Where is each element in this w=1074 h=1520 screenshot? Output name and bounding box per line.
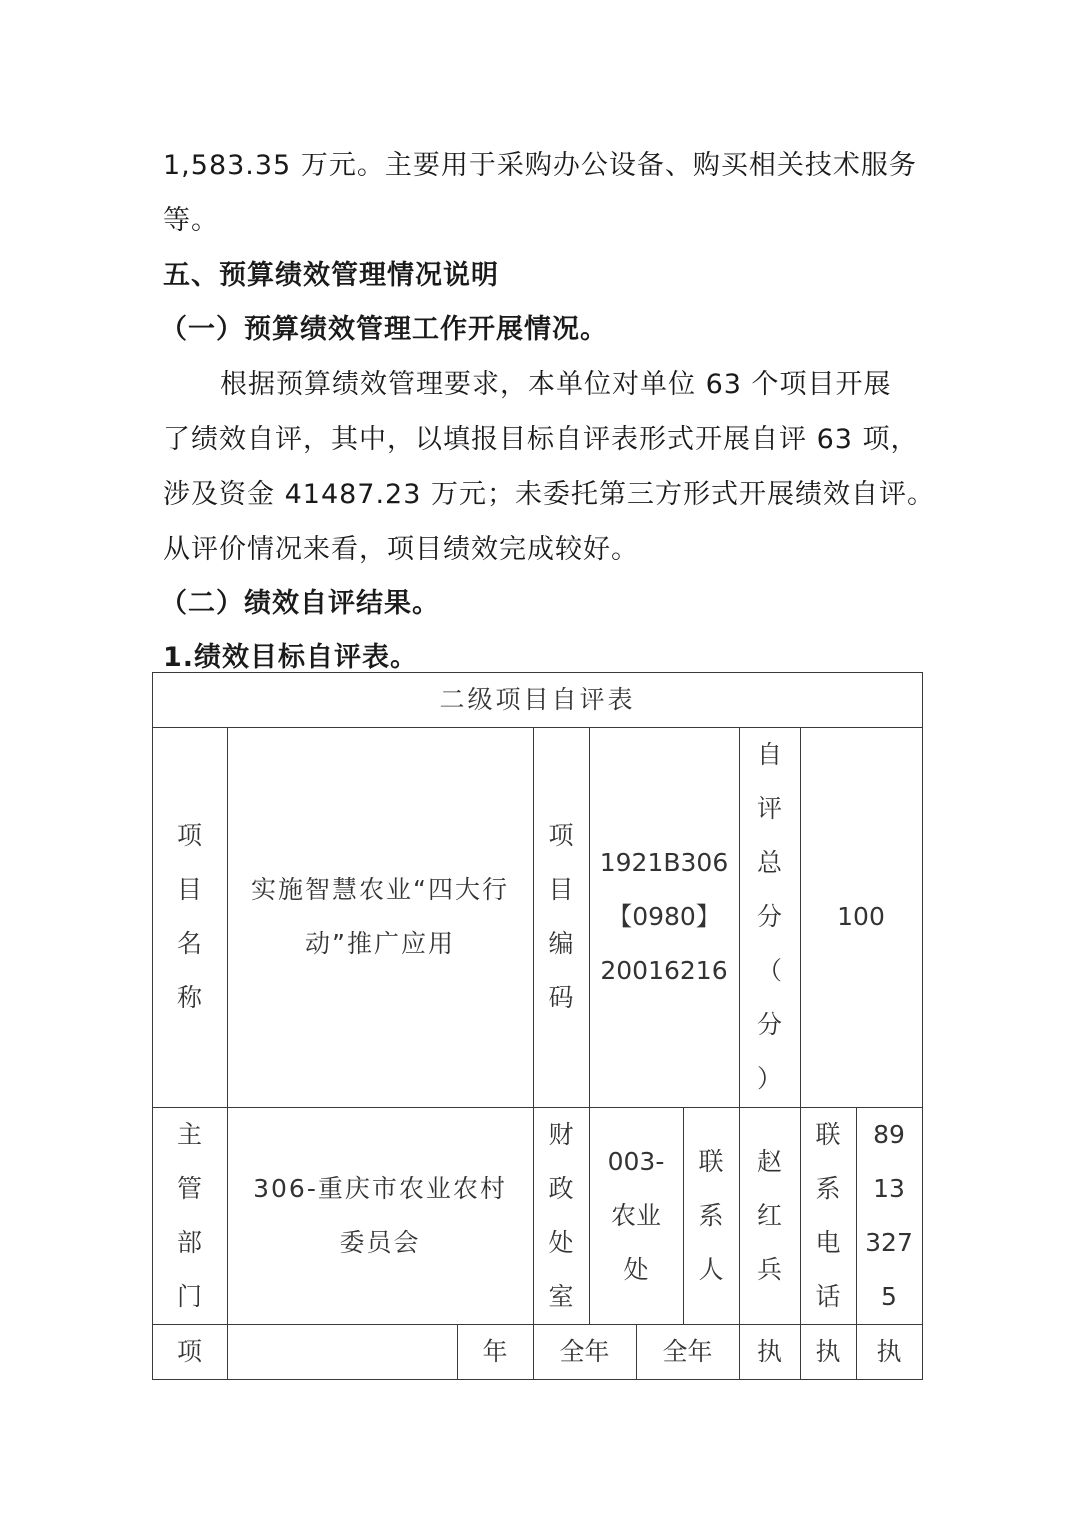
label-char: 门 <box>177 1270 202 1324</box>
contact-person-value: 赵 红 兵 <box>739 1107 800 1324</box>
label-char: 电 <box>815 1216 840 1270</box>
label-char: 联 <box>815 1108 840 1162</box>
project-name-line: 实施智慧农业“四大行 <box>251 863 509 917</box>
label-char: 名 <box>177 917 202 971</box>
label-contact-phone: 联 系 电 话 <box>800 1107 856 1324</box>
label-char: 处 <box>548 1216 573 1270</box>
label-char: 目 <box>177 863 202 917</box>
label-char: 话 <box>815 1270 840 1324</box>
table-title: 二级项目自评表 <box>152 672 923 727</box>
department-line: 委员会 <box>253 1216 507 1270</box>
label-department: 主 管 部 门 <box>152 1107 227 1324</box>
phone-chunk: 327 <box>865 1216 913 1270</box>
label-finance-office: 财 政 处 室 <box>533 1107 589 1324</box>
project-code-line: 【0980】 <box>600 890 729 944</box>
project-code-value: 1921B306 【0980】 20016216 <box>589 727 739 1107</box>
department-line: 306-重庆市农业农村 <box>253 1162 507 1216</box>
label-project-name: 项 目 名 称 <box>152 727 227 1107</box>
label-char: （ <box>757 944 782 998</box>
label-total-score: 自 评 总 分 （ 分 ） <box>739 727 800 1107</box>
paragraph-line: 等。 <box>163 198 219 237</box>
office-line: 农业 <box>608 1189 665 1243</box>
contact-char: 赵 <box>757 1135 782 1189</box>
project-code-line: 20016216 <box>600 944 729 998</box>
paragraph-line: 了绩效自评，其中，以填报目标自评表形式开展自评 63 项， <box>163 417 919 456</box>
project-code-line: 1921B306 <box>600 836 729 890</box>
phone-chunk: 13 <box>873 1162 905 1216</box>
office-line: 处 <box>608 1243 665 1297</box>
subsection-heading: （二）绩效自评结果。 <box>160 581 440 620</box>
label-char: 部 <box>177 1216 202 1270</box>
row3-cell: 执 <box>739 1324 800 1379</box>
total-score-value: 100 <box>800 727 922 1107</box>
label-char: 室 <box>548 1270 573 1324</box>
row3-cell: 执 <box>856 1324 922 1379</box>
label-char: 目 <box>548 863 573 917</box>
subsection-heading: 1.绩效目标自评表。 <box>163 635 418 674</box>
label-char: 分 <box>757 890 782 944</box>
finance-office-value: 003- 农业 处 <box>589 1107 683 1324</box>
label-char: 总 <box>757 836 782 890</box>
label-char: 主 <box>177 1108 202 1162</box>
label-char: 分 <box>757 998 782 1052</box>
label-char: 编 <box>548 917 573 971</box>
paragraph-line: 涉及资金 41487.23 万元；未委托第三方形式开展绩效自评。 <box>163 472 935 511</box>
row3-cell <box>227 1324 457 1379</box>
paragraph-line: 从评价情况来看，项目绩效完成较好。 <box>163 527 639 566</box>
table-border <box>922 672 923 1380</box>
department-value: 306-重庆市农业农村 委员会 <box>227 1107 533 1324</box>
label-char: 码 <box>548 971 573 1025</box>
label-char: 项 <box>548 809 573 863</box>
project-name-value: 实施智慧农业“四大行 动”推广应用 <box>227 727 533 1107</box>
paragraph-line: 根据预算绩效管理要求，本单位对单位 63 个项目开展 <box>220 362 892 401</box>
section-heading: 五、预算绩效管理情况说明 <box>163 253 499 292</box>
label-char: 联 <box>698 1135 723 1189</box>
contact-char: 红 <box>757 1189 782 1243</box>
label-char: 自 <box>757 728 782 782</box>
label-char: 人 <box>698 1243 723 1297</box>
row3-cell: 全年 <box>533 1324 636 1379</box>
row3-cell: 项 <box>152 1324 227 1379</box>
row3-cell: 全年 <box>636 1324 739 1379</box>
office-line: 003- <box>608 1135 665 1189</box>
phone-chunk: 89 <box>873 1108 905 1162</box>
label-char: 系 <box>698 1189 723 1243</box>
label-char: ） <box>757 1052 782 1106</box>
label-char: 项 <box>177 809 202 863</box>
label-char: 系 <box>815 1162 840 1216</box>
label-project-code: 项 目 编 码 <box>533 727 589 1107</box>
subsection-heading: （一）预算绩效管理工作开展情况。 <box>160 307 608 346</box>
label-char: 财 <box>548 1108 573 1162</box>
label-char: 管 <box>177 1162 202 1216</box>
row3-cell: 执 <box>800 1324 856 1379</box>
label-char: 政 <box>548 1162 573 1216</box>
table-border <box>152 1379 923 1380</box>
contact-char: 兵 <box>757 1243 782 1297</box>
phone-chunk: 5 <box>881 1270 897 1324</box>
contact-phone-value: 89 13 327 5 <box>856 1107 922 1324</box>
row3-cell: 年 <box>457 1324 533 1379</box>
label-char: 评 <box>757 782 782 836</box>
label-char: 称 <box>177 971 202 1025</box>
paragraph-line: 1,583.35 万元。主要用于采购办公设备、购买相关技术服务 <box>163 143 917 182</box>
project-name-line: 动”推广应用 <box>251 917 509 971</box>
label-contact-person: 联 系 人 <box>683 1107 739 1324</box>
